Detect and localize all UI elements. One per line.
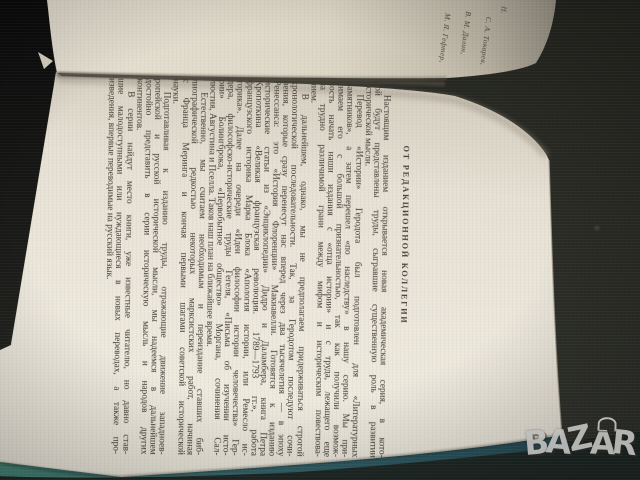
- watermark-letter: R: [611, 425, 640, 460]
- preface-page-text: ОТ РЕДАКЦИОННОЙ КОЛЛЕГИИ Настоящим издан…: [101, 78, 412, 458]
- book-photo: М. Я. Гефтер, В. М. Далин, С. А. Токарев…: [0, 0, 640, 480]
- bazar-watermark: B A Z A R: [524, 426, 635, 459]
- editor-name-fragment: Н.: [499, 6, 507, 14]
- page-body-text: Настоящим изданием открывается новая ака…: [102, 78, 391, 458]
- dust-speck: [595, 226, 599, 230]
- left-page: [47, 0, 556, 78]
